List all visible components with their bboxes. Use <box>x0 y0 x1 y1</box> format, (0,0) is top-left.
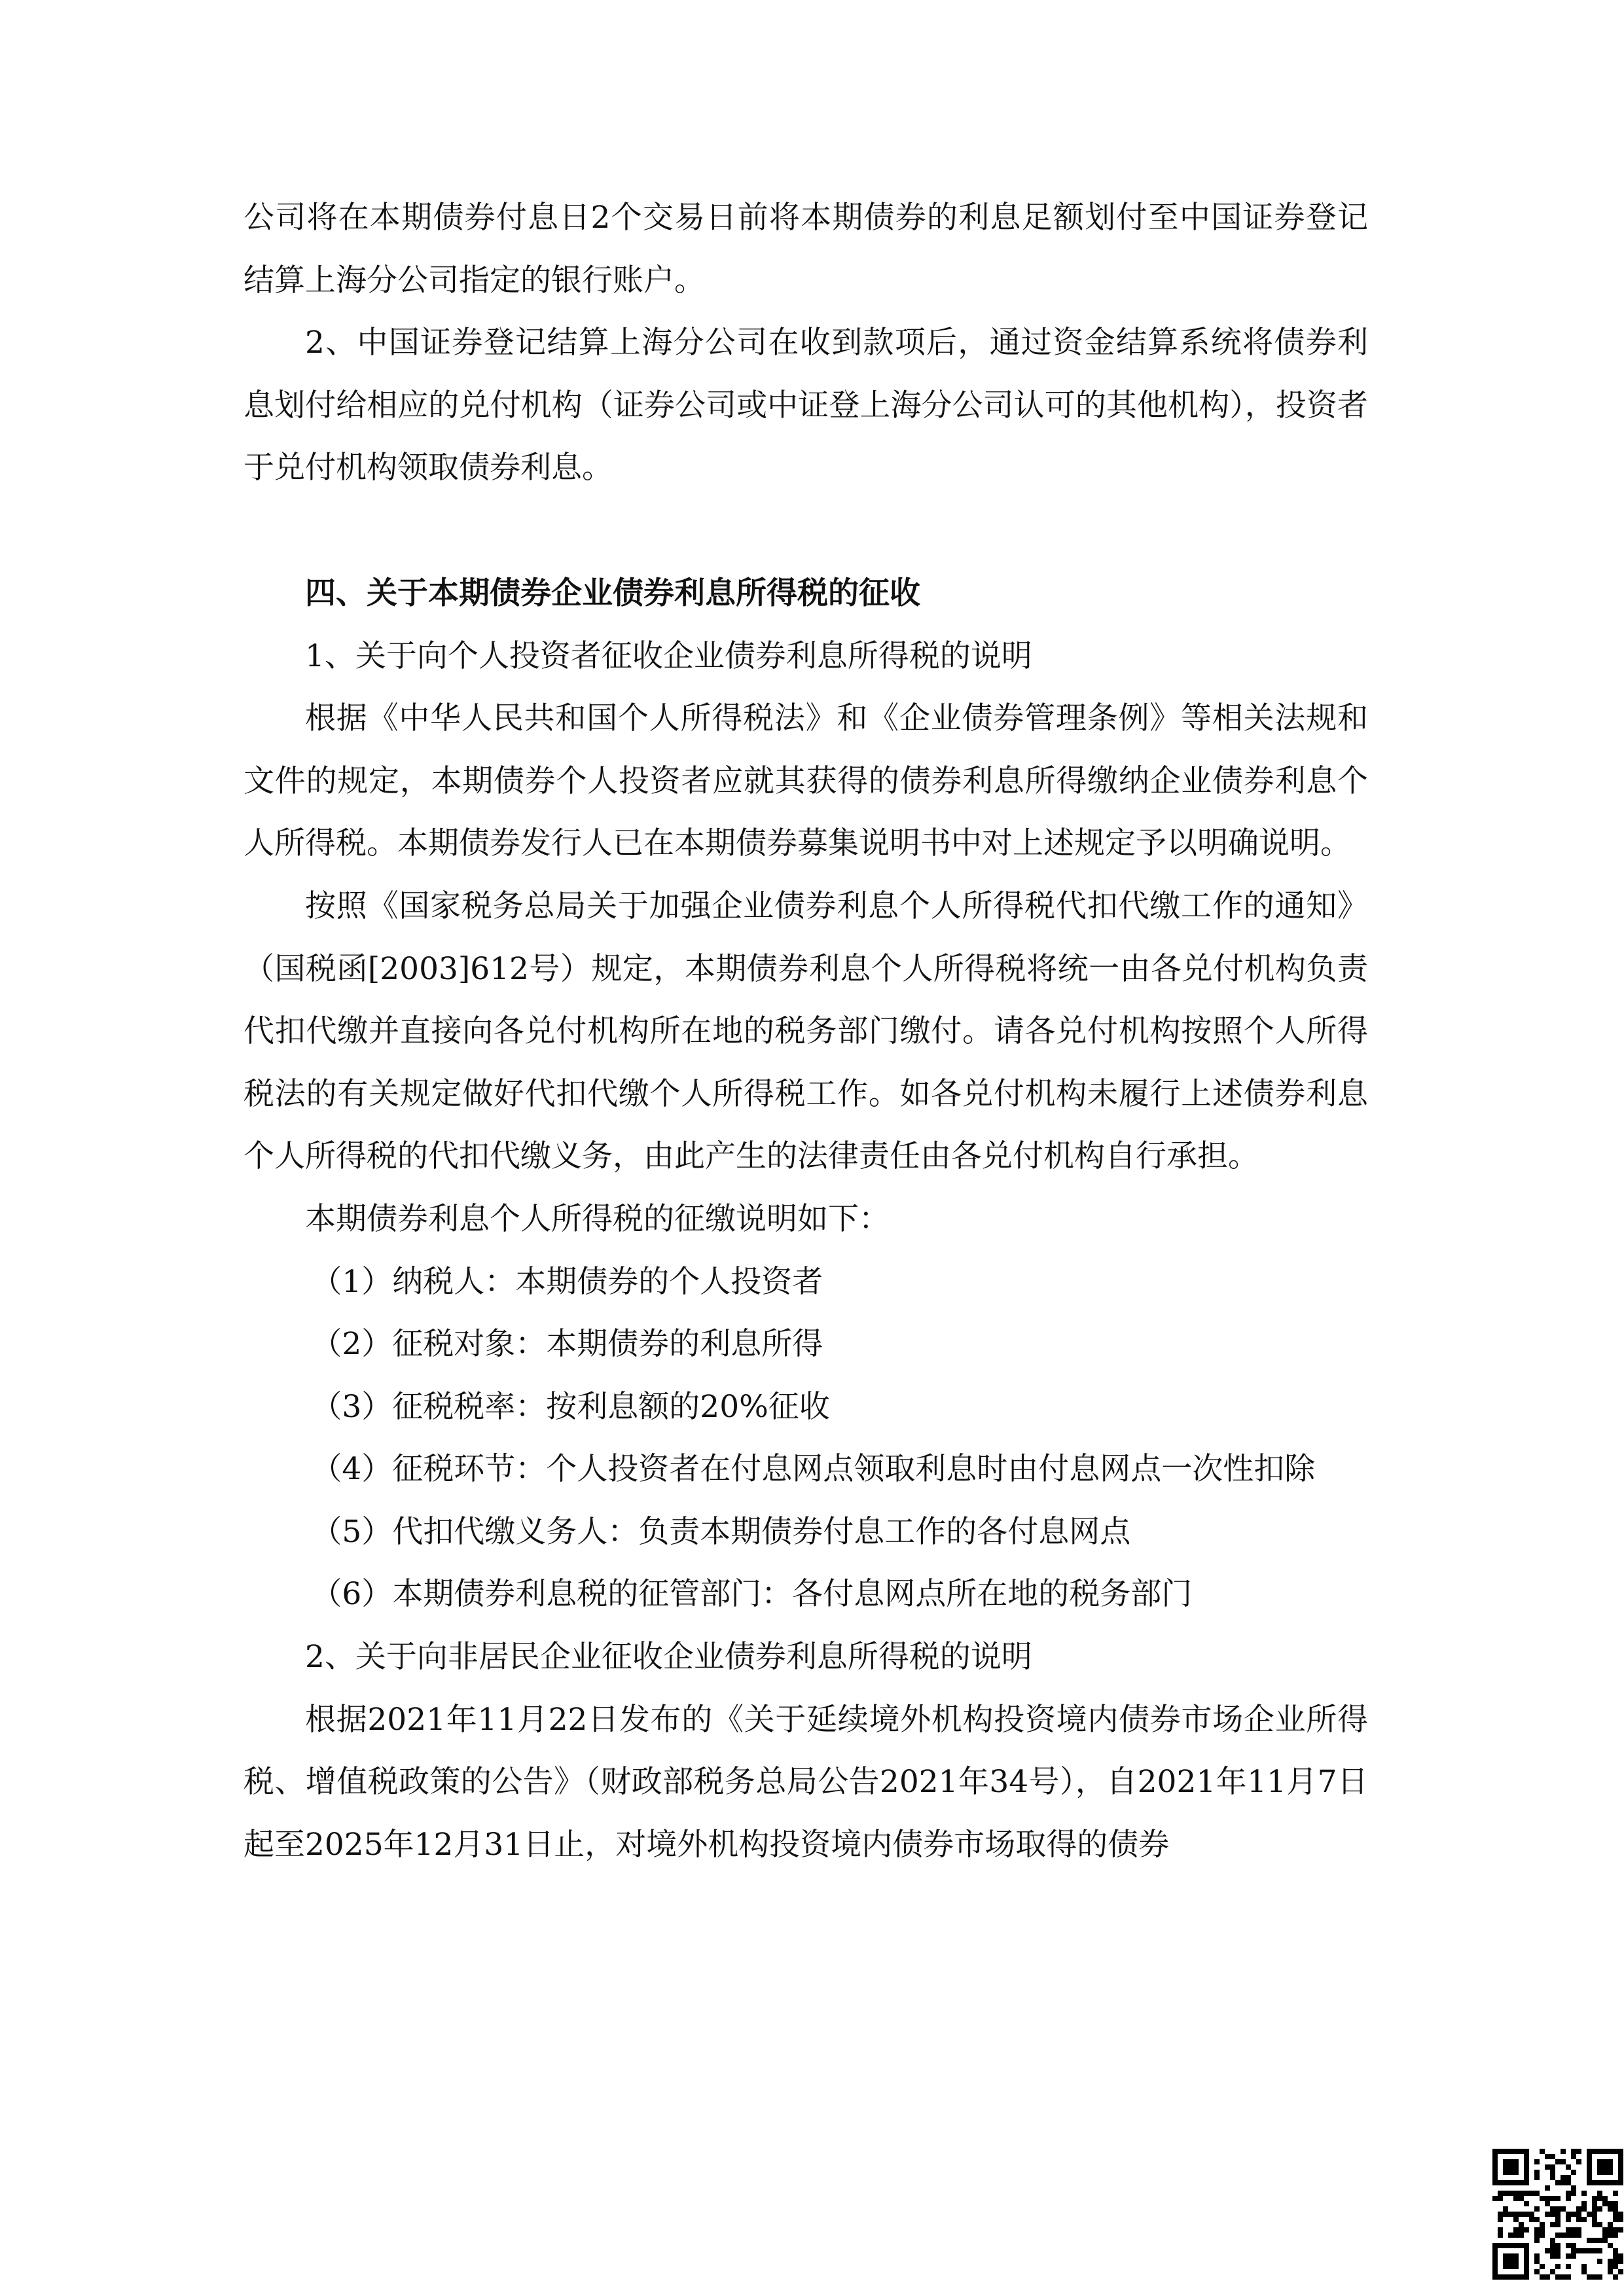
paragraph-continued: 公司将在本期债券付息日2个交易日前将本期债券的利息足额划付至中国证券登记结算上海… <box>244 187 1368 312</box>
paragraph-withholding: 按照《国家税务总局关于加强企业债券利息个人所得税代扣代缴工作的通知》（国税函[2… <box>244 875 1368 1188</box>
list-item: （5）代扣代缴义务人：负责本期债券付息工作的各付息网点 <box>244 1501 1368 1564</box>
list-intro: 本期债券利息个人所得税的征缴说明如下： <box>244 1188 1368 1251</box>
list-item: （1）纳税人：本期债券的个人投资者 <box>244 1251 1368 1314</box>
paragraph-item-2: 2、中国证券登记结算上海分公司在收到款项后，通过资金结算系统将债券利息划付给相应… <box>244 312 1368 499</box>
subsection-title-2: 2、关于向非居民企业征收企业债券利息所得税的说明 <box>244 1626 1368 1689</box>
document-page: 公司将在本期债券付息日2个交易日前将本期债券的利息足额划付至中国证券登记结算上海… <box>244 187 1368 1876</box>
section-gap <box>244 499 1368 562</box>
paragraph-legal-basis: 根据《中华人民共和国个人所得税法》和《企业债券管理条例》等相关法规和文件的规定，… <box>244 687 1368 875</box>
list-item: （6）本期债券利息税的征管部门：各付息网点所在地的税务部门 <box>244 1563 1368 1626</box>
list-item: （3）征税税率：按利息额的20%征收 <box>244 1376 1368 1439</box>
qr-code-icon <box>1492 2149 1623 2280</box>
subsection-title-1: 1、关于向个人投资者征收企业债券利息所得税的说明 <box>244 625 1368 688</box>
list-item: （2）征税对象：本期债券的利息所得 <box>244 1313 1368 1376</box>
list-item: （4）征税环节：个人投资者在付息网点领取利息时由付息网点一次性扣除 <box>244 1438 1368 1501</box>
paragraph-nonresident: 根据2021年11月22日发布的《关于延续境外机构投资境内债券市场企业所得税、增… <box>244 1689 1368 1876</box>
section-heading: 四、关于本期债券企业债券利息所得税的征收 <box>244 562 1368 625</box>
